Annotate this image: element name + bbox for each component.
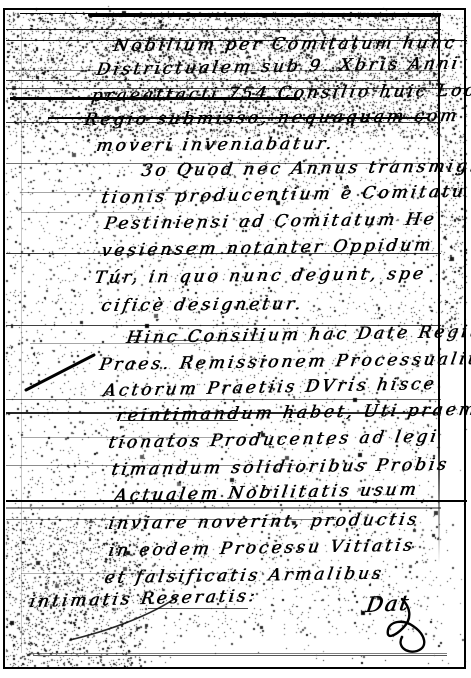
manuscript-line: cificè designetur.: [100, 294, 305, 316]
manuscript-line: inviare noverint, productis: [107, 510, 421, 534]
manuscript-line: moveri inveniabatur.: [95, 134, 336, 156]
manuscript-line: 3o Quod nec Annus transmigra: [140, 156, 471, 181]
manuscript-line: Actualem Nobilitatis usum: [113, 480, 420, 506]
manuscript-line: Nobilium per Comitatum hunc: [112, 33, 459, 56]
manuscript-line: Túr, in quo nunc degunt, spe: [93, 264, 428, 288]
manuscript-line: Hinc Consilium hac Date Regium: [125, 321, 471, 348]
manuscript-line: reintimandum habet, Uti praemen: [115, 399, 471, 426]
manuscript-line: vesiensem notanter Oppidum: [100, 235, 435, 261]
manuscript-line: in eodem Processu Vitiatis: [107, 536, 417, 561]
manuscript-line: et falsificatis Armalibus: [103, 564, 385, 588]
manuscript-line: Regio submisso, nequaquam com: [83, 106, 461, 130]
manuscript-line: tionatos Producentes ad legi: [107, 427, 440, 453]
scanned-manuscript-page: Nobilium per Comitatum hunc Districtuale…: [0, 0, 471, 678]
dateline-dat: Dat: [364, 591, 412, 618]
manuscript-line: Pestiniensi ad Comitatum He: [103, 209, 438, 234]
manuscript-line: Actorum Praetiis DVris hisce: [102, 374, 438, 401]
manuscript-line: praeattacti 754 Consilio huic Loco: [90, 80, 471, 106]
manuscript-line: Praes. Remissionem Processualium: [98, 349, 471, 375]
manuscript-line: timandum solidioribus Probis: [110, 455, 451, 480]
manuscript-line: intimatis Reseratis:: [28, 586, 259, 612]
manuscript-line: tionis producentium è Comitatu: [100, 182, 467, 208]
manuscript-line: Districtualem sub 9. Xbris Anni: [95, 54, 462, 80]
manuscript-text-block: Nobilium per Comitatum hunc Districtuale…: [0, 0, 471, 678]
